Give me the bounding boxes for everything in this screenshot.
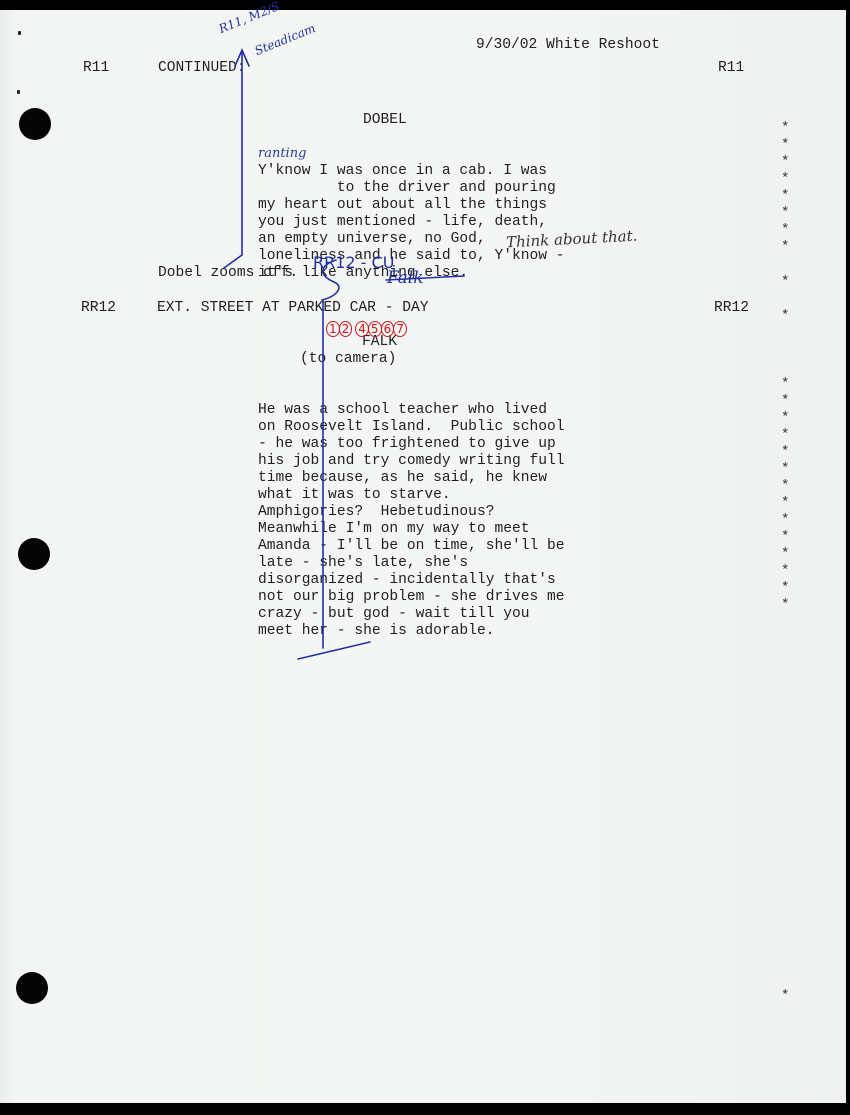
revision-asterisk: * [781,512,789,529]
scene-number-right-rr12: RR12 [714,300,749,317]
dialogue-line: you just mentioned - life, death, [258,214,565,231]
dialogue-line: disorganized - incidentally that's [258,572,565,589]
handwritten-shot-label: RR12 - CU [313,253,394,272]
dialogue-line: not our big problem - she drives me [258,589,565,606]
dialogue-line: my heart out about all the things [258,197,565,214]
handwritten-steadicam-note: Steadicam [253,21,318,58]
dialogue-line: to the driver and pouring [258,180,565,197]
revision-asterisk: * [781,137,789,154]
dialogue-line: his job and try comedy writing full [258,453,565,470]
shot-note-line2: Steadicam [253,21,318,58]
dialogue-line: He was a school teacher who lived [258,402,565,419]
dialogue-line: Y'know I was once in a cab. I was [258,163,565,180]
revision-asterisk: * [781,393,789,410]
revision-asterisk: * [781,154,789,171]
revision-asterisk: * [781,410,789,427]
dialogue-line: what it was to starve. [258,487,565,504]
revision-asterisk: * [781,308,789,325]
revision-asterisk: * [781,461,789,478]
scene-heading: EXT. STREET AT PARKED CAR - DAY [157,300,429,317]
revision-asterisk: * [781,274,789,291]
parenthetical: (to camera) [300,351,396,368]
dialogue-line: meet her - she is adorable. [258,623,565,640]
scan-speck [17,90,20,94]
dialogue-line: Amphigories? Hebetudinous? [258,504,565,521]
revision-asterisk: * [781,597,789,614]
revision-asterisk: * [781,529,789,546]
circled-take-number: 7 [393,321,407,337]
handwritten-shot-note: R11, M2/S [217,0,282,36]
revision-asterisk: * [781,495,789,512]
revision-asterisk: * [781,376,789,393]
dialogue-line: Amanda - I'll be on time, she'll be [258,538,565,555]
scene-number-left: R11 [83,60,109,77]
falk-dialogue: He was a school teacher who livedon Roos… [258,368,565,674]
revision-asterisk: * [781,120,789,137]
revision-asterisk: * [781,478,789,495]
circled-take-numbers: 124567 [326,318,406,337]
revision-asterisk: * [781,546,789,563]
character-name-dobel: DOBEL [363,112,407,129]
dialogue-line: - he was too frightened to give up [258,436,565,453]
revision-asterisk: * [781,188,789,205]
scan-speck [18,31,21,35]
dialogue-line: Meanwhile I'm on my way to meet [258,521,565,538]
circled-take-number: 4 [355,321,369,337]
revision-asterisk: * [781,988,789,1005]
circled-take-number: 5 [368,321,382,337]
dialogue-line: time because, as he said, he knew [258,470,565,487]
dialogue-line: on Roosevelt Island. Public school [258,419,565,436]
action-line: Dobel zooms off. [158,265,298,282]
handwritten-insert-word: ranting [258,146,306,161]
shot-note-line1: R11, M2/S [217,0,282,36]
revision-asterisk: * [781,427,789,444]
revision-asterisk: * [781,563,789,580]
hole-punch-top [19,108,51,140]
revision-asterisk: * [781,222,789,239]
circled-take-number: 1 [326,321,340,337]
handwritten-shot-subject: Falk [387,268,424,288]
circled-take-number: 6 [381,321,395,337]
dialogue-line: crazy - but god - wait till you [258,606,565,623]
revision-asterisk: * [781,205,789,222]
scene-number-right: R11 [718,60,744,77]
hole-punch-bottom [16,972,48,1004]
script-page: 9/30/02 White Reshoot R11 CONTINUED: R11… [0,10,846,1103]
revision-asterisk: * [781,239,789,256]
revision-header: 9/30/02 White Reshoot [476,37,660,54]
continued-label: CONTINUED: [158,60,246,77]
revision-asterisk: * [781,580,789,597]
circled-take-number: 2 [339,321,353,337]
revision-asterisk: * [781,444,789,461]
hole-punch-middle [18,538,50,570]
revision-asterisk: * [781,171,789,188]
dialogue-line: late - she's late, she's [258,555,565,572]
scene-number-left-rr12: RR12 [81,300,116,317]
